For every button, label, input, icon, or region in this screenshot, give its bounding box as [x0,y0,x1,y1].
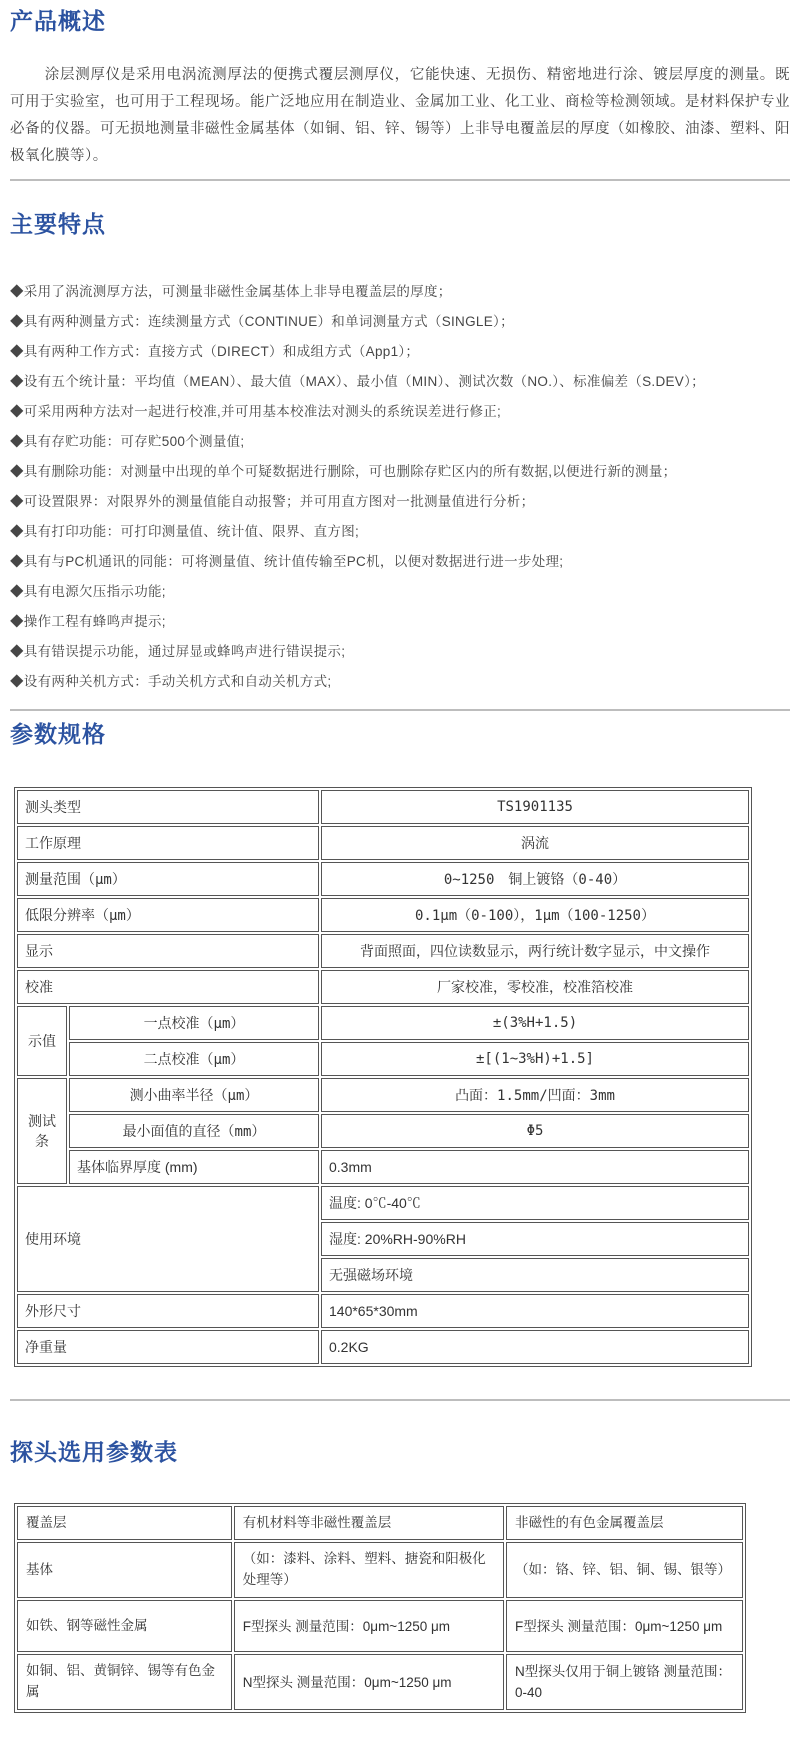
spec-value-cell: TS1901135 [321,790,749,824]
feature-item: ◆具有打印功能：可打印测量值、统计值、限界、直方图; [10,517,790,547]
table-row: 基体临界厚度 (mm) 0.3mm [17,1150,749,1184]
spec-value-cell: 0.2KG [321,1330,749,1364]
spec-label-cell: 工作原理 [17,826,319,860]
section-title-features: 主要特点 [10,209,790,239]
spec-value-cell: ±[(1~3%H)+1.5] [321,1042,749,1076]
probe-cell: 如铜、铝、黄铜锌、锡等有色金属 [17,1654,232,1710]
probe-header-cell: 覆盖层 [17,1506,232,1540]
table-row: 净重量 0.2KG [17,1330,749,1364]
spec-group-cell: 测试条 [17,1078,67,1184]
probe-cell: 如铁、钢等磁性金属 [17,1600,232,1652]
feature-item: ◆具有错误提示功能，通过屏显或蜂鸣声进行错误提示; [10,637,790,667]
feature-item: ◆操作工程有蜂鸣声提示; [10,607,790,637]
section-title-specs: 参数规格 [10,719,790,749]
divider [10,709,790,711]
table-row: 测试条 测小曲率半径（μm） 凸面：1.5mm/凹面：3mm [17,1078,749,1112]
spec-sublabel-cell: 最小面值的直径（mm） [69,1114,319,1148]
spec-value-cell: 涡流 [321,826,749,860]
feature-item: ◆具有删除功能：对测量中出现的单个可疑数据进行删除，可也删除存贮区内的所有数据,… [10,457,790,487]
table-row: 二点校准（μm） ±[(1~3%H)+1.5] [17,1042,749,1076]
spec-value-cell: 厂家校准，零校准，校准箔校准 [321,970,749,1004]
table-row: 测头类型 TS1901135 [17,790,749,824]
spec-sublabel-cell: 测小曲率半径（μm） [69,1078,319,1112]
spec-value-cell: 凸面：1.5mm/凹面：3mm [321,1078,749,1112]
spec-sublabel-cell: 一点校准（μm） [69,1006,319,1040]
probe-cell: 基体 [17,1542,232,1598]
spec-value-cell: Φ5 [321,1114,749,1148]
spec-sublabel-cell: 基体临界厚度 (mm) [69,1150,319,1184]
feature-item: ◆具有两种测量方式：连续测量方式（CONTINUE）和单词测量方式（SINGLE… [10,307,790,337]
feature-item: ◆采用了涡流测厚方法，可测量非磁性金属基体上非导电覆盖层的厚度； [10,277,790,307]
spec-value-cell: 湿度: 20%RH-90%RH [321,1222,749,1256]
feature-item: ◆设有五个统计量：平均值（MEAN）、最大值（MAX）、最小值（MIN）、测试次… [10,367,790,397]
spec-label-cell: 净重量 [17,1330,319,1364]
section-title-probe: 探头选用参数表 [10,1437,790,1467]
feature-item: ◆具有电源欠压指示功能; [10,577,790,607]
feature-item: ◆可设置限界：对限界外的测量值能自动报警；并可用直方图对一批测量值进行分析； [10,487,790,517]
spec-value-cell: 0.1μm（0-100），1μm（100-1250） [321,898,749,932]
table-row: 覆盖层 有机材料等非磁性覆盖层 非磁性的有色金属覆盖层 [17,1506,743,1540]
overview-paragraph: 涂层测厚仪是采用电涡流测厚法的便携式覆层测厚仪，它能快速、无损伤、精密地进行涂、… [10,62,790,170]
feature-item: ◆具有两种工作方式：直接方式（DIRECT）和成组方式（App1）； [10,337,790,367]
spec-label-cell: 低限分辨率（μm） [17,898,319,932]
table-row: 基体 （如：漆料、涂料、塑料、搪瓷和阳极化处理等） （如：铬、锌、铝、铜、锡、银… [17,1542,743,1598]
spec-value-cell: 140*65*30mm [321,1294,749,1328]
table-row: 如铜、铝、黄铜锌、锡等有色金属 N型探头 测量范围：0μm~1250 μm N型… [17,1654,743,1710]
table-row: 校准 厂家校准，零校准，校准箔校准 [17,970,749,1004]
spec-value-cell: 背面照面，四位读数显示，两行统计数字显示，中文操作 [321,934,749,968]
probe-table: 覆盖层 有机材料等非磁性覆盖层 非磁性的有色金属覆盖层 基体 （如：漆料、涂料、… [14,1503,746,1713]
table-row: 示值 一点校准（μm） ±(3%H+1.5) [17,1006,749,1040]
probe-cell: （如：铬、锌、铝、铜、锡、银等） [506,1542,743,1598]
table-row: 测量范围（μm） 0~1250 铜上镀铬（0-40） [17,862,749,896]
table-row: 外形尺寸 140*65*30mm [17,1294,749,1328]
spec-group-cell: 示值 [17,1006,67,1076]
probe-cell: N型探头 测量范围：0μm~1250 μm [234,1654,504,1710]
section-title-overview: 产品概述 [10,6,790,36]
feature-item: ◆可采用两种方法对一起进行校准,并可用基本校准法对测头的系统误差进行修正; [10,397,790,427]
probe-cell: N型探头仅用于铜上镀铬 测量范围：0-40 [506,1654,743,1710]
probe-cell: （如：漆料、涂料、塑料、搪瓷和阳极化处理等） [234,1542,504,1598]
divider [10,1399,790,1401]
table-row: 工作原理 涡流 [17,826,749,860]
spec-value-cell: 0.3mm [321,1150,749,1184]
feature-item: ◆具有与PC机通讯的同能：可将测量值、统计值传输至PC机，以便对数据进行进一步处… [10,547,790,577]
probe-header-cell: 有机材料等非磁性覆盖层 [234,1506,504,1540]
feature-list: ◆采用了涡流测厚方法，可测量非磁性金属基体上非导电覆盖层的厚度； ◆具有两种测量… [10,277,790,697]
spec-label-cell: 校准 [17,970,319,1004]
feature-item: ◆具有存贮功能：可存贮500个测量值; [10,427,790,457]
table-row: 低限分辨率（μm） 0.1μm（0-100），1μm（100-1250） [17,898,749,932]
spec-label-cell: 外形尺寸 [17,1294,319,1328]
probe-cell: F型探头 测量范围：0μm~1250 μm [234,1600,504,1652]
probe-cell: F型探头 测量范围：0μm~1250 μm [506,1600,743,1652]
spec-label-cell: 显示 [17,934,319,968]
table-row: 如铁、钢等磁性金属 F型探头 测量范围：0μm~1250 μm F型探头 测量范… [17,1600,743,1652]
spec-table: 测头类型 TS1901135 工作原理 涡流 测量范围（μm） 0~1250 铜… [14,787,752,1367]
spec-value-cell: 无强磁场环境 [321,1258,749,1292]
spec-sublabel-cell: 二点校准（μm） [69,1042,319,1076]
feature-item: ◆设有两种关机方式：手动关机方式和自动关机方式; [10,667,790,697]
spec-label-cell: 测头类型 [17,790,319,824]
spec-value-cell: ±(3%H+1.5) [321,1006,749,1040]
spec-group-cell: 使用环境 [17,1186,319,1292]
product-spec-page: 产品概述 涂层测厚仪是采用电涡流测厚法的便携式覆层测厚仪，它能快速、无损伤、精密… [0,0,800,1737]
divider [10,179,790,181]
table-row: 使用环境 温度: 0℃-40℃ [17,1186,749,1220]
spec-value-cell: 0~1250 铜上镀铬（0-40） [321,862,749,896]
table-row: 显示 背面照面，四位读数显示，两行统计数字显示，中文操作 [17,934,749,968]
spec-label-cell: 测量范围（μm） [17,862,319,896]
spec-value-cell: 温度: 0℃-40℃ [321,1186,749,1220]
probe-header-cell: 非磁性的有色金属覆盖层 [506,1506,743,1540]
table-row: 最小面值的直径（mm） Φ5 [17,1114,749,1148]
